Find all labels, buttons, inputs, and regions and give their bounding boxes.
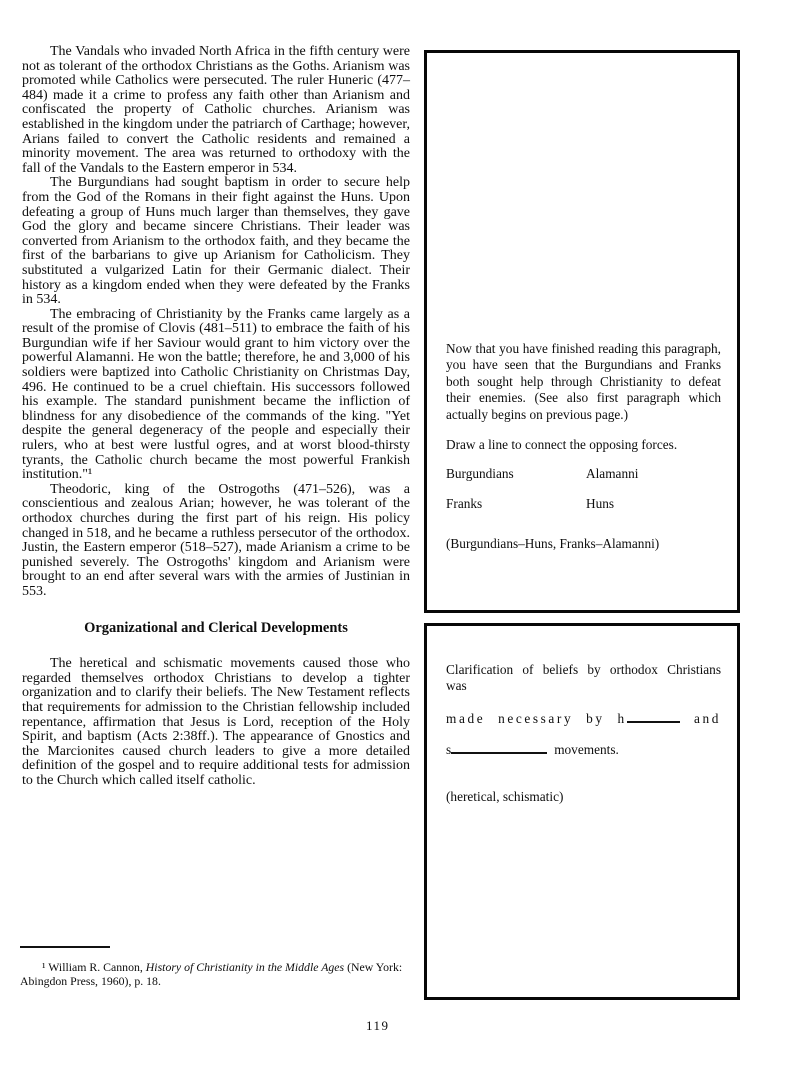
blank-line-h (627, 709, 680, 723)
body-paragraph-franks: The embracing of Christianity by the Fra… (22, 308, 410, 483)
exercise-instruction: Draw a line to connect the opposing forc… (446, 437, 721, 453)
blank-line-s (451, 740, 547, 754)
fill-in-line-2-text: made necessary by h (446, 711, 627, 727)
fill-in-line-3-end: movements. (554, 742, 619, 758)
fill-in-sentence-line-1: Clarification of beliefs by orthodox Chr… (446, 662, 721, 695)
exercise-box-fill-in: Clarification of beliefs by orthodox Chr… (424, 623, 740, 1000)
section-heading: Organizational and Clerical Developments (22, 621, 410, 636)
matching-right-huns: Huns (586, 496, 614, 512)
matching-row: Franks Huns (446, 496, 721, 512)
fill-in-sentence-line-3: smovements. (446, 740, 721, 758)
answer-key-matching: (Burgundians–Huns, Franks–Alamanni) (446, 536, 721, 552)
matching-left-franks: Franks (446, 496, 586, 512)
matching-left-burgundians: Burgundians (446, 466, 586, 482)
footnote-separator-rule (20, 946, 110, 948)
book-page: The Vandals who invaded North Africa in … (0, 0, 799, 1074)
fill-in-line-2-end: and (694, 711, 721, 727)
exercise-box-matching-content: Now that you have finished reading this … (427, 53, 737, 553)
body-paragraph-theodoric: Theodoric, king of the Ostrogoths (471–5… (22, 483, 410, 600)
matching-list: Burgundians Alamanni Franks Huns (446, 466, 721, 512)
answer-key-fill-in: (heretical, schismatic) (446, 789, 721, 805)
main-text-column: The Vandals who invaded North Africa in … (22, 45, 410, 789)
footnote-book-title: History of Christianity in the Middle Ag… (146, 960, 344, 974)
matching-row: Burgundians Alamanni (446, 466, 721, 482)
exercise-box-fill-in-content: Clarification of beliefs by orthodox Chr… (427, 626, 737, 805)
body-paragraph-burgundians: The Burgundians had sought baptism in or… (22, 176, 410, 307)
footnote-text: ¹ William R. Cannon, History of Christia… (20, 961, 412, 988)
fill-in-sentence-line-2: made necessary by hand (446, 709, 721, 727)
exercise-box-matching: Now that you have finished reading this … (424, 50, 740, 613)
footnote-citation-pre: ¹ William R. Cannon, (42, 960, 146, 974)
exercise-intro: Now that you have finished reading this … (446, 341, 721, 423)
footnote: ¹ William R. Cannon, History of Christia… (20, 946, 412, 988)
page-number: 119 (366, 1018, 390, 1034)
matching-right-alamanni: Alamanni (586, 466, 638, 482)
body-paragraph-vandals: The Vandals who invaded North Africa in … (22, 45, 410, 176)
section-paragraph: The heretical and schismatic movements c… (22, 657, 410, 788)
